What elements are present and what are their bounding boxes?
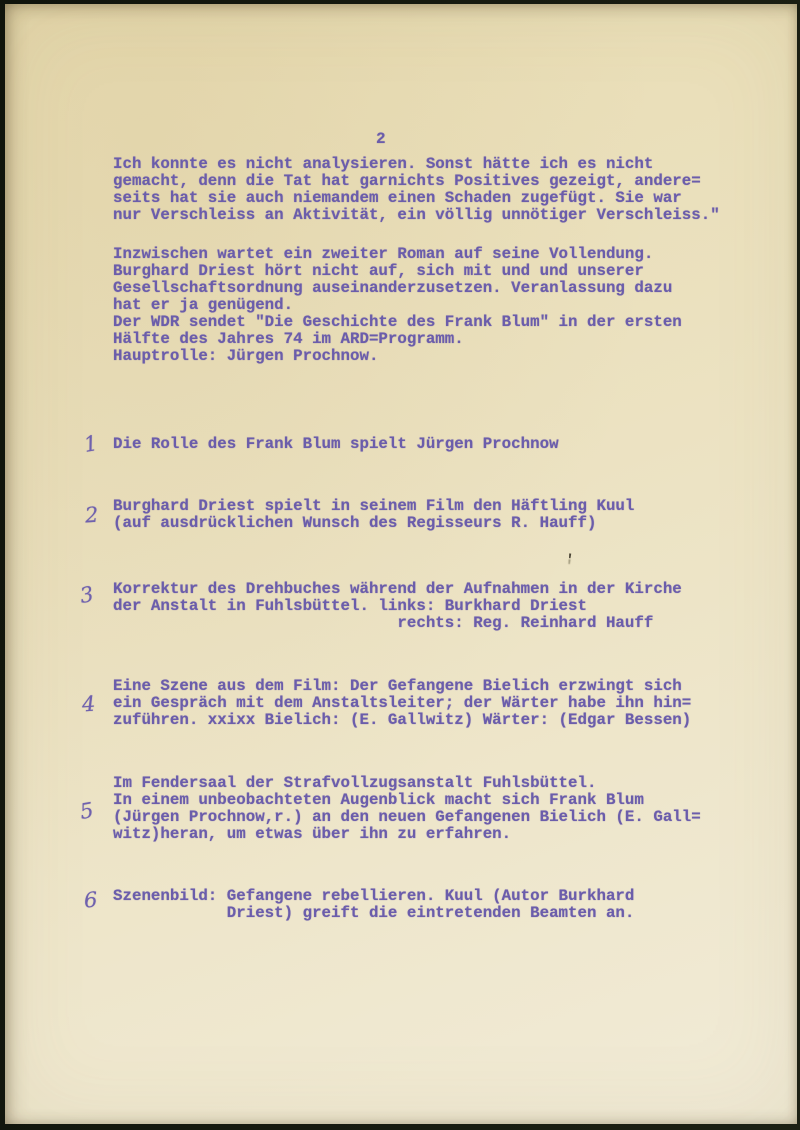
item-6-line: Driest) greift die eintretenden Beamten … [113, 905, 634, 922]
stray-pen-mark: ' [564, 552, 569, 568]
page-number: 2 [376, 131, 386, 148]
item-5-line: witz)heran, um etwas über ihn zu erfahre… [113, 826, 511, 843]
item-5-line: (Jürgen Prochnow,r.) an den neuen Gefang… [113, 809, 701, 826]
paragraph-1-line: gemacht, denn die Tat hat garnichts Posi… [113, 173, 701, 190]
handwritten-item-number: 4 [81, 692, 96, 717]
item-3-line: der Anstalt in Fuhlsbüttel. links: Burkh… [113, 598, 587, 615]
scanned-typewritten-page: 2 Ich konnte es nicht analysieren. Sonst… [5, 4, 797, 1124]
photo-frame: 2 Ich konnte es nicht analysieren. Sonst… [0, 0, 800, 1130]
paragraph-1-line: seits hat sie auch niemandem einen Schad… [113, 190, 682, 207]
handwritten-item-number: 1 [82, 431, 99, 457]
paragraph-2-line: Burghard Driest hört nicht auf, sich mit… [113, 263, 644, 280]
paragraph-2-line: Inzwischen wartet ein zweiter Roman auf … [113, 246, 653, 263]
paragraph-2-line: Der WDR sendet "Die Geschichte des Frank… [113, 314, 682, 331]
item-5-line: Im Fendersaal der Strafvollzugsanstalt F… [113, 775, 596, 792]
item-1-line: Die Rolle des Frank Blum spielt Jürgen P… [113, 436, 559, 453]
item-6-line: Szenenbild: Gefangene rebellieren. Kuul … [113, 888, 634, 905]
handwritten-item-number: 3 [78, 582, 95, 608]
paragraph-1-line: nur Verschleiss an Aktivität, ein völlig… [113, 207, 720, 224]
item-3-line: rechts: Reg. Reinhard Hauff [113, 615, 653, 632]
item-4-line: Eine Szene aus dem Film: Der Gefangene B… [113, 678, 682, 695]
paragraph-2-line: Hauptrolle: Jürgen Prochnow. [113, 348, 378, 365]
paragraph-1-line: Ich konnte es nicht analysieren. Sonst h… [113, 156, 653, 173]
item-4-line: ein Gespräch mit dem Anstaltsleiter; der… [113, 695, 691, 712]
handwritten-item-number: 2 [84, 503, 99, 528]
item-5-line: In einem unbeobachteten Augenblick macht… [113, 792, 644, 809]
paragraph-2-line: hat er ja genügend. [113, 297, 293, 314]
paragraph-2-line: Hälfte des Jahres 74 im ARD=Programm. [113, 331, 464, 348]
item-2-line: Burghard Driest spielt in seinem Film de… [113, 498, 634, 515]
item-2-line: (auf ausdrücklichen Wunsch des Regisseur… [113, 515, 596, 532]
handwritten-item-number: 5 [78, 798, 95, 824]
item-4-line: zuführen. xxixx Bielich: (E. Gallwitz) W… [113, 712, 691, 729]
item-3-line: Korrektur des Drehbuches während der Auf… [113, 581, 682, 598]
handwritten-item-number: 6 [83, 888, 98, 913]
paragraph-2-line: Gesellschaftsordnung auseinanderzusetzen… [113, 280, 672, 297]
